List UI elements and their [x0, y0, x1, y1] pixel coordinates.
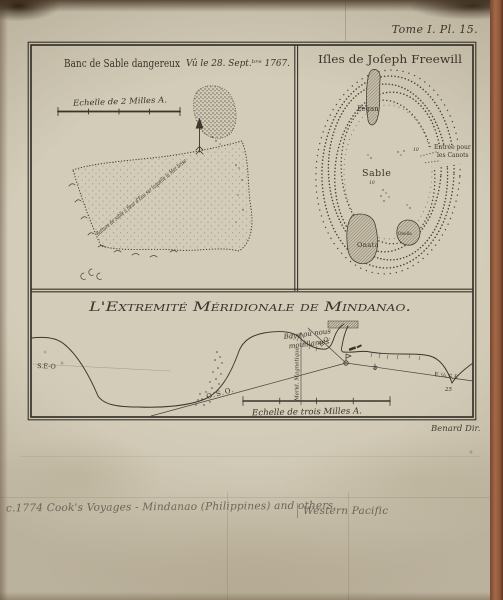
- map-panel-mindanao: L'Extremité Méridionale de Mindanao.: [32, 300, 474, 418]
- banc-scale-label: Echelle de 2 Milles A.: [72, 95, 167, 107]
- engraved-plate: Banc de Sable dangereux Vû le 28. Sept.ᵇ…: [27, 41, 477, 421]
- river-east-bank: [341, 326, 348, 352]
- handwritten-annotation-right: Western Pacific: [303, 505, 388, 517]
- sable-label: Sable: [362, 168, 391, 179]
- island-onata: [347, 214, 378, 264]
- island-onata-label: Onata: [357, 241, 379, 249]
- bearing-ese-label: E.¼.S.E: [434, 371, 459, 381]
- entrance-label-line1: Entrée pour: [434, 144, 471, 151]
- lagoon-dots: [367, 150, 410, 208]
- anchorage-symbol: [344, 354, 377, 370]
- photo-edge-top: [0, 0, 503, 12]
- sounding-25: 25: [444, 387, 452, 393]
- banc-title: Banc de Sable dangereux: [64, 56, 180, 70]
- jetty-structures: [349, 344, 362, 351]
- banc-scale-bar: [58, 108, 180, 116]
- swell-marks: [81, 269, 102, 279]
- island-onella-label: Onella: [398, 231, 412, 236]
- mindanao-scale-label: Echelle de trois Milles A.: [251, 406, 362, 418]
- mindanao-scale-bar: [243, 397, 390, 406]
- photo-of-antique-map: Tome I. Pl. 15.: [0, 0, 503, 600]
- panel-divider-horizontal: [31, 289, 473, 292]
- photo-edge-bottom: [0, 592, 503, 600]
- island-pegan-label: Pegan: [357, 105, 379, 113]
- entrance-label-line2: les Canots: [437, 152, 469, 159]
- mindanao-title: L'Extremité Méridionale de Mindanao.: [88, 300, 411, 315]
- bearing-lines: [33, 328, 473, 416]
- magnetic-meridian-label: Merid. Magnetique: [295, 346, 301, 402]
- photo-edge-right: [490, 0, 503, 600]
- bearing-seo-label: S.E-O: [37, 362, 56, 371]
- freewill-title: Iſles de Joſeph Freewill: [318, 52, 462, 66]
- crease-horizontal-1: [0, 497, 503, 498]
- island-pegan: [367, 69, 381, 124]
- crease-horizontal-2: [20, 456, 480, 457]
- crease-top: [345, 0, 346, 41]
- sounding-10a: 10: [369, 180, 375, 186]
- panel-divider-vertical: [295, 45, 298, 291]
- bearing-oso-label: O.S.O.: [205, 386, 235, 401]
- plate-number-label: Tome I. Pl. 15.: [386, 23, 478, 36]
- engraver-credit: Benard Dir.: [431, 424, 480, 434]
- banc-subtitle: Vû le 28. Sept.ᵇʳᵉ 1767.: [186, 58, 290, 69]
- handwritten-divider-mark: [297, 503, 298, 518]
- sounding-10b: 10: [413, 147, 419, 153]
- map-panel-freewill-isles: Iſles de Joſeph Freewill Pegan Sable 10 …: [309, 52, 471, 279]
- map-panel-banc-de-sable: Banc de Sable dangereux Vû le 28. Sept.ᵇ…: [58, 56, 290, 279]
